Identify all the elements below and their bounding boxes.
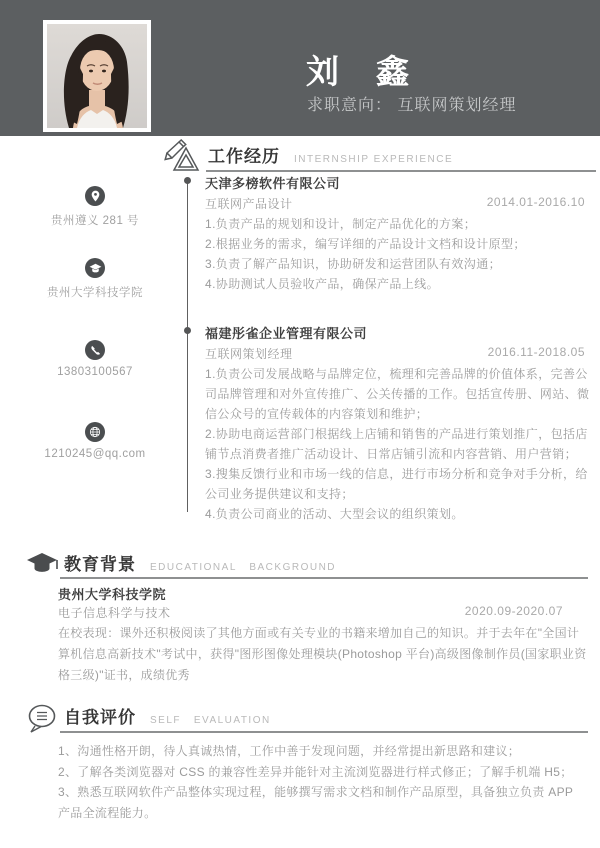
globe-icon	[85, 422, 105, 442]
location-pin-icon	[85, 186, 105, 206]
self-evaluation-items: 1、沟通性格开朗，待人真诚热情，工作中善于发现问题，并经常提出新思路和建议； 2…	[58, 741, 588, 823]
job1-bullets: 1.负责产品的规划和设计，制定产品优化的方案； 2.根据业务的需求，编写详细的产…	[205, 214, 597, 294]
sidebar-item-address: 贵州遵义 281 号	[15, 186, 175, 228]
timeline-line	[187, 181, 188, 512]
sidebar-item-school: 贵州大学科技学院	[15, 258, 175, 300]
email-text: 1210245@qq.com	[15, 448, 175, 460]
work-section-icon	[162, 139, 200, 178]
job2-period: 2016.11-2018.05	[488, 345, 585, 362]
education-period: 2020.09-2020.07	[465, 604, 563, 621]
job2-bullet: 3.搜集反馈行业和市场一线的信息，进行市场分析和竞争对手分析，给公司业务提供建议…	[205, 464, 597, 504]
education-section-icon	[26, 552, 62, 581]
job-intent: 求职意向： 互联网策划经理	[307, 92, 516, 115]
job1-role: 互联网产品设计	[205, 195, 293, 212]
job2-bullet: 2.协助电商运营部门根据线上店铺和销售的产品进行策划推广，包括店铺节点消费者推广…	[205, 424, 597, 464]
self-section-icon	[27, 704, 59, 739]
self-section-subtitle: SELF EVALUATION	[150, 715, 271, 726]
job1-bullet: 1.负责产品的规划和设计，制定产品优化的方案；	[205, 214, 597, 234]
work-section-header: 工作经历INTERNSHIP EXPERIENCE	[208, 142, 453, 167]
timeline-dot-job1	[184, 177, 191, 184]
job1-bullet: 2.根据业务的需求，编写详细的产品设计文档和设计原型；	[205, 234, 597, 254]
education-major-row: 电子信息科学与技术 2020.09-2020.07	[58, 604, 563, 621]
job2-role: 互联网策划经理	[205, 345, 293, 362]
job1-company: 天津多榜软件有限公司	[205, 173, 340, 192]
education-section-title: 教育背景	[64, 550, 136, 575]
profile-photo	[43, 20, 151, 132]
job2-bullets: 1.负责公司发展战略与品牌定位，梳理和完善品牌的价值体系，完善公司品牌管理和对外…	[205, 364, 597, 524]
work-section-rule	[206, 170, 596, 172]
education-section-header: 教育背景EDUCATIONAL BACKGROUND	[64, 550, 336, 575]
self-evaluation-item: 1、沟通性格开朗，待人真诚热情，工作中善于发现问题，并经常提出新思路和建议；	[58, 741, 588, 762]
job2-company: 福建彤雀企业管理有限公司	[205, 323, 367, 342]
sidebar-item-email: 1210245@qq.com	[15, 422, 175, 460]
job2-bullet: 1.负责公司发展战略与品牌定位，梳理和完善品牌的价值体系，完善公司品牌管理和对外…	[205, 364, 597, 424]
self-evaluation-item: 3、熟悉互联网软件产品整体实现过程，能够撰写需求文档和制作产品原型，具备独立负责…	[58, 782, 588, 823]
resume-page: 刘 鑫 求职意向： 互联网策划经理 贵州遵义 281 号 贵州大学科技学院 13…	[0, 0, 600, 848]
education-description: 在校表现：课外还积极阅读了其他方面或有关专业的书籍来增加自己的知识。并于去年在"…	[58, 623, 588, 686]
self-section-title: 自我评价	[64, 703, 136, 728]
job2-role-row: 互联网策划经理 2016.11-2018.05	[205, 345, 585, 362]
job1-bullet: 4.协助测试人员验收产品，确保产品上线。	[205, 274, 597, 294]
job1-role-row: 互联网产品设计 2014.01-2016.10	[205, 195, 585, 212]
timeline-dot-job2	[184, 327, 191, 334]
job1-bullet: 3.负责了解产品知识，协助研发和运营团队有效沟通；	[205, 254, 597, 274]
job2-bullet: 4.负责公司商业的活动、大型会议的组织策划。	[205, 504, 597, 524]
self-section-header: 自我评价SELF EVALUATION	[64, 703, 271, 728]
school-text: 贵州大学科技学院	[15, 284, 175, 300]
phone-text: 13803100567	[15, 366, 175, 378]
education-school: 贵州大学科技学院	[58, 584, 166, 603]
work-section-subtitle: INTERNSHIP EXPERIENCE	[294, 154, 453, 165]
work-section-title: 工作经历	[208, 142, 280, 167]
profile-photo-illustration	[47, 24, 147, 128]
education-section-rule	[60, 577, 588, 579]
graduation-cap-icon	[85, 258, 105, 278]
candidate-name: 刘 鑫	[306, 46, 411, 93]
job1-period: 2014.01-2016.10	[487, 195, 585, 212]
self-section-rule	[60, 731, 588, 733]
phone-handset-icon	[85, 340, 105, 360]
sidebar-item-phone: 13803100567	[15, 340, 175, 378]
self-evaluation-item: 2、了解各类浏览器对 CSS 的兼容性差异并能针对主流浏览器进行样式修正；了解手…	[58, 762, 588, 783]
education-section-subtitle: EDUCATIONAL BACKGROUND	[150, 562, 336, 573]
education-major: 电子信息科学与技术	[58, 604, 171, 621]
header-band: 刘 鑫 求职意向： 互联网策划经理	[0, 0, 600, 136]
address-text: 贵州遵义 281 号	[15, 212, 175, 228]
